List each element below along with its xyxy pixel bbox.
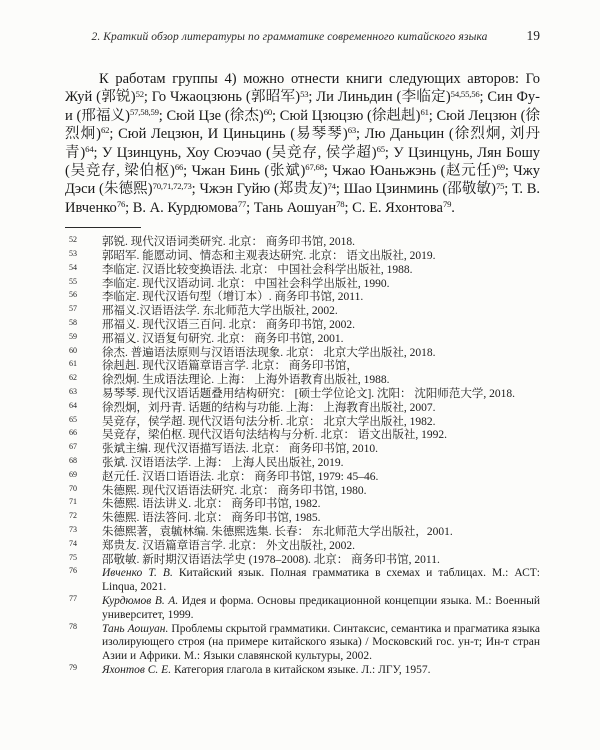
footnote-text: 徐烈炯，刘丹青. 话题的结构与功能. 上海： 上海教育出版社, 2007. xyxy=(102,402,436,414)
footnote-text: 郑贵友. 汉语篇章语言学. 北京： 外文出版社, 2002. xyxy=(102,540,355,552)
footnote-number: 60 xyxy=(69,346,77,356)
footnote-item: 73朱德熙著，袁毓林编. 朱德熙选集. 长春： 东北师范大学出版社，2001. xyxy=(65,526,540,540)
footnote-item: 72朱德熙. 语法答问. 北京： 商务印书馆, 1985. xyxy=(65,512,540,526)
document-page: 2. Краткий обзор литературы по грамматик… xyxy=(0,0,600,750)
footnote-text: 徐杰. 普遍语法原则与汉语语法现象. 北京： 北京大学出版社, 2018. xyxy=(102,347,436,359)
footnote-text: 张斌主编. 现代汉语描写语法. 北京： 商务印书馆, 2010. xyxy=(102,443,378,455)
footnote-item: 65吴竞存，侯学超. 现代汉语句法分析. 北京： 北京大学出版社, 1982. xyxy=(65,416,540,430)
footnote-ref: 75 xyxy=(496,181,504,191)
footnote-number: 59 xyxy=(69,332,77,342)
footnote-author: Ивченко Т. В. xyxy=(102,567,179,579)
footnote-text: 朱德熙著，袁毓林编. 朱德熙选集. 长春： 东北师范大学出版社，2001. xyxy=(102,526,453,538)
footnote-item: 75邵敬敏. 新时期汉语语法学史 (1978–2008). 北京： 商务印书馆,… xyxy=(65,554,540,568)
body-paragraph: К работам группы 4) можно отнести книги … xyxy=(65,70,540,217)
footnote-item: 78Тань Аошуан. Проблемы скрытой граммати… xyxy=(65,623,540,664)
footnote-item: 68张斌. 汉语语法学. 上海： 上海人民出版社, 2019. xyxy=(65,457,540,471)
footnote-item: 76Ивченко Т. В. Китайский язык. Полная г… xyxy=(65,567,540,595)
footnote-ref: 65 xyxy=(377,144,385,154)
page-header: 2. Краткий обзор литературы по грамматик… xyxy=(65,28,540,44)
footnote-ref: 69 xyxy=(497,162,505,172)
footnote-item: 67张斌主编. 现代汉语描写语法. 北京： 商务印书馆, 2010. xyxy=(65,443,540,457)
footnote-number: 74 xyxy=(69,539,77,549)
footnote-number: 77 xyxy=(69,594,77,604)
footnote-number: 65 xyxy=(69,415,77,425)
footnote-text: 吴竞存，梁伯枢. 现代汉语句法结构与分析. 北京： 语文出版社, 1992. xyxy=(102,429,447,441)
footnote-number: 56 xyxy=(69,290,77,300)
footnote-text: 邵敬敏. 新时期汉语语法学史 (1978–2008). 北京： 商务印书馆, 2… xyxy=(102,554,440,566)
footnote-item: 66吴竞存，梁伯枢. 现代汉语句法结构与分析. 北京： 语文出版社, 1992. xyxy=(65,429,540,443)
footnote-text: 李临定. 现代汉语动词. 北京： 中国社会科学出版社, 1990. xyxy=(102,278,390,290)
footnote-item: 71朱德熙. 语法讲义. 北京： 商务印书馆, 1982. xyxy=(65,498,540,512)
footnote-item: 74郑贵友. 汉语篇章语言学. 北京： 外文出版社, 2002. xyxy=(65,540,540,554)
footnote-author: Курдюмов В. А. xyxy=(102,595,182,607)
footnote-number: 61 xyxy=(69,359,77,369)
footnote-text: 郭锐. 现代汉语词类研究. 北京： 商务印书馆, 2018. xyxy=(102,236,355,248)
footnote-ref: 74 xyxy=(328,181,336,191)
footnote-item: 77Курдюмов В. А. Идея и форма. Основы пр… xyxy=(65,595,540,623)
footnote-ref: 76 xyxy=(117,199,125,209)
footnote-number: 68 xyxy=(69,456,77,466)
footnote-item: 55李临定. 现代汉语动词. 北京： 中国社会科学出版社, 1990. xyxy=(65,278,540,292)
footnote-text: Тань Аошуан. Проблемы скрытой грамматики… xyxy=(102,623,540,663)
footnote-text: 邢福义. 现代汉语三百问. 北京： 商务印书馆, 2002. xyxy=(102,319,355,331)
footnote-ref: 63 xyxy=(348,125,356,135)
footnote-number: 72 xyxy=(69,511,77,521)
footnote-number: 52 xyxy=(69,235,77,245)
footnotes-list: 52郭锐. 现代汉语词类研究. 北京： 商务印书馆, 2018.53郭昭军. 能… xyxy=(65,236,540,678)
footnote-text: 朱德熙. 语法讲义. 北京： 商务印书馆, 1982. xyxy=(102,498,321,510)
footnote-item: 59邢福义. 汉语复句研究. 北京： 商务印书馆, 2001. xyxy=(65,333,540,347)
footnote-number: 53 xyxy=(69,249,77,259)
footnote-number: 58 xyxy=(69,318,77,328)
footnote-ref: 60 xyxy=(264,107,272,117)
footnote-item: 57邢福义.汉语语法学. 东北师范大学出版社, 2002. xyxy=(65,305,540,319)
footnote-ref: 67,68 xyxy=(305,162,324,172)
page-number: 19 xyxy=(496,28,540,44)
footnote-item: 60徐杰. 普遍语法原则与汉语语法现象. 北京： 北京大学出版社, 2018. xyxy=(65,347,540,361)
footnote-item: 62徐烈炯. 生成语法理论. 上海： 上海外语教育出版社, 1988. xyxy=(65,374,540,388)
footnote-ref: 62 xyxy=(101,125,109,135)
footnote-number: 55 xyxy=(69,277,77,287)
footnote-text: 赵元任. 汉语口语语法. 北京： 商务印书馆, 1979: 45–46. xyxy=(102,471,378,483)
footnote-item: 52郭锐. 现代汉语词类研究. 北京： 商务印书馆, 2018. xyxy=(65,236,540,250)
footnote-item: 58邢福义. 现代汉语三百问. 北京： 商务印书馆, 2002. xyxy=(65,319,540,333)
footnote-ref: 64 xyxy=(85,144,93,154)
footnote-ref: 79 xyxy=(443,199,451,209)
footnote-item: 53郭昭军. 能愿动词、情态和主观表达研究. 北京： 语文出版社, 2019. xyxy=(65,250,540,264)
footnote-number: 64 xyxy=(69,401,77,411)
footnote-text: Яхонтов С. Е. Категория глагола в китайс… xyxy=(102,664,430,676)
footnote-number: 79 xyxy=(69,663,77,673)
footnote-item: 69赵元任. 汉语口语语法. 北京： 商务印书馆, 1979: 45–46. xyxy=(65,471,540,485)
footnote-text: 徐赳赳. 现代汉语篇章语言学. 北京： 商务印书馆， xyxy=(102,360,358,372)
footnote-item: 70朱德熙. 现代汉语语法研究. 北京： 商务印书馆, 1980. xyxy=(65,485,540,499)
footnote-ref: 70,71,72,73 xyxy=(153,181,192,191)
footnote-number: 75 xyxy=(69,553,77,563)
footnote-item: 63易琴琴. 现代汉语话题叠用结构研究： [硕士学位论文]. 沈阳： 沈阳师范大… xyxy=(65,388,540,402)
footnote-text: Ивченко Т. В. Китайский язык. Полная гра… xyxy=(102,567,540,593)
footnote-number: 54 xyxy=(69,263,77,273)
footnote-ref: 78 xyxy=(336,199,344,209)
footnote-number: 62 xyxy=(69,373,77,383)
footnote-author: Тань Аошуан. xyxy=(102,623,171,635)
footnote-text: 郭昭军. 能愿动词、情态和主观表达研究. 北京： 语文出版社, 2019. xyxy=(102,250,436,262)
footnote-ref: 53 xyxy=(300,89,308,99)
footnote-number: 67 xyxy=(69,442,77,452)
running-title: 2. Краткий обзор литературы по грамматик… xyxy=(65,31,496,43)
footnote-text: 邢福义. 汉语复句研究. 北京： 商务印书馆, 2001. xyxy=(102,333,344,345)
footnote-text: 徐烈炯. 生成语法理论. 上海： 上海外语教育出版社, 1988. xyxy=(102,374,390,386)
footnote-item: 54李临定. 汉语比较变换语法. 北京： 中国社会科学出版社, 1988. xyxy=(65,264,540,278)
footnote-text: Курдюмов В. А. Идея и форма. Основы пред… xyxy=(102,595,540,621)
footnote-text: 吴竞存，侯学超. 现代汉语句法分析. 北京： 北京大学出版社, 1982. xyxy=(102,416,436,428)
footnote-item: 79Яхонтов С. Е. Категория глагола в кита… xyxy=(65,664,540,678)
footnote-separator xyxy=(65,227,141,228)
footnote-number: 63 xyxy=(69,387,77,397)
footnote-text: 李临定. 汉语比较变换语法. 北京： 中国社会科学出版社, 1988. xyxy=(102,264,413,276)
footnote-item: 64徐烈炯，刘丹青. 话题的结构与功能. 上海： 上海教育出版社, 2007. xyxy=(65,402,540,416)
footnote-text: 易琴琴. 现代汉语话题叠用结构研究： [硕士学位论文]. 沈阳： 沈阳师范大学,… xyxy=(102,388,515,400)
footnote-item: 56李临定. 现代汉语句型（增订本）. 商务印书馆, 2011. xyxy=(65,291,540,305)
footnote-text: 朱德熙. 现代汉语语法研究. 北京： 商务印书馆, 1980. xyxy=(102,485,367,497)
footnote-ref: 66 xyxy=(175,162,183,172)
footnote-ref: 57,58,59 xyxy=(130,107,159,117)
footnote-number: 71 xyxy=(69,497,77,507)
footnote-number: 70 xyxy=(69,484,77,494)
footnote-text: 朱德熙. 语法答问. 北京： 商务印书馆, 1985. xyxy=(102,512,321,524)
footnote-text: 邢福义.汉语语法学. 东北师范大学出版社, 2002. xyxy=(102,305,338,317)
footnote-text: 张斌. 汉语语法学. 上海： 上海人民出版社, 2019. xyxy=(102,457,344,469)
footnote-number: 78 xyxy=(69,622,77,632)
footnote-item: 61徐赳赳. 现代汉语篇章语言学. 北京： 商务印书馆， xyxy=(65,360,540,374)
footnote-author: Яхонтов С. Е. xyxy=(102,664,174,676)
footnote-number: 57 xyxy=(69,304,77,314)
footnote-ref: 52 xyxy=(136,89,144,99)
footnote-number: 73 xyxy=(69,525,77,535)
footnote-number: 76 xyxy=(69,566,77,576)
footnote-number: 69 xyxy=(69,470,77,480)
footnote-number: 66 xyxy=(69,428,77,438)
footnote-text: 李临定. 现代汉语句型（增订本）. 商务印书馆, 2011. xyxy=(102,291,363,303)
footnote-ref: 54,55,56 xyxy=(451,89,480,99)
footnote-ref: 61 xyxy=(420,107,428,117)
footnote-ref: 77 xyxy=(238,199,246,209)
